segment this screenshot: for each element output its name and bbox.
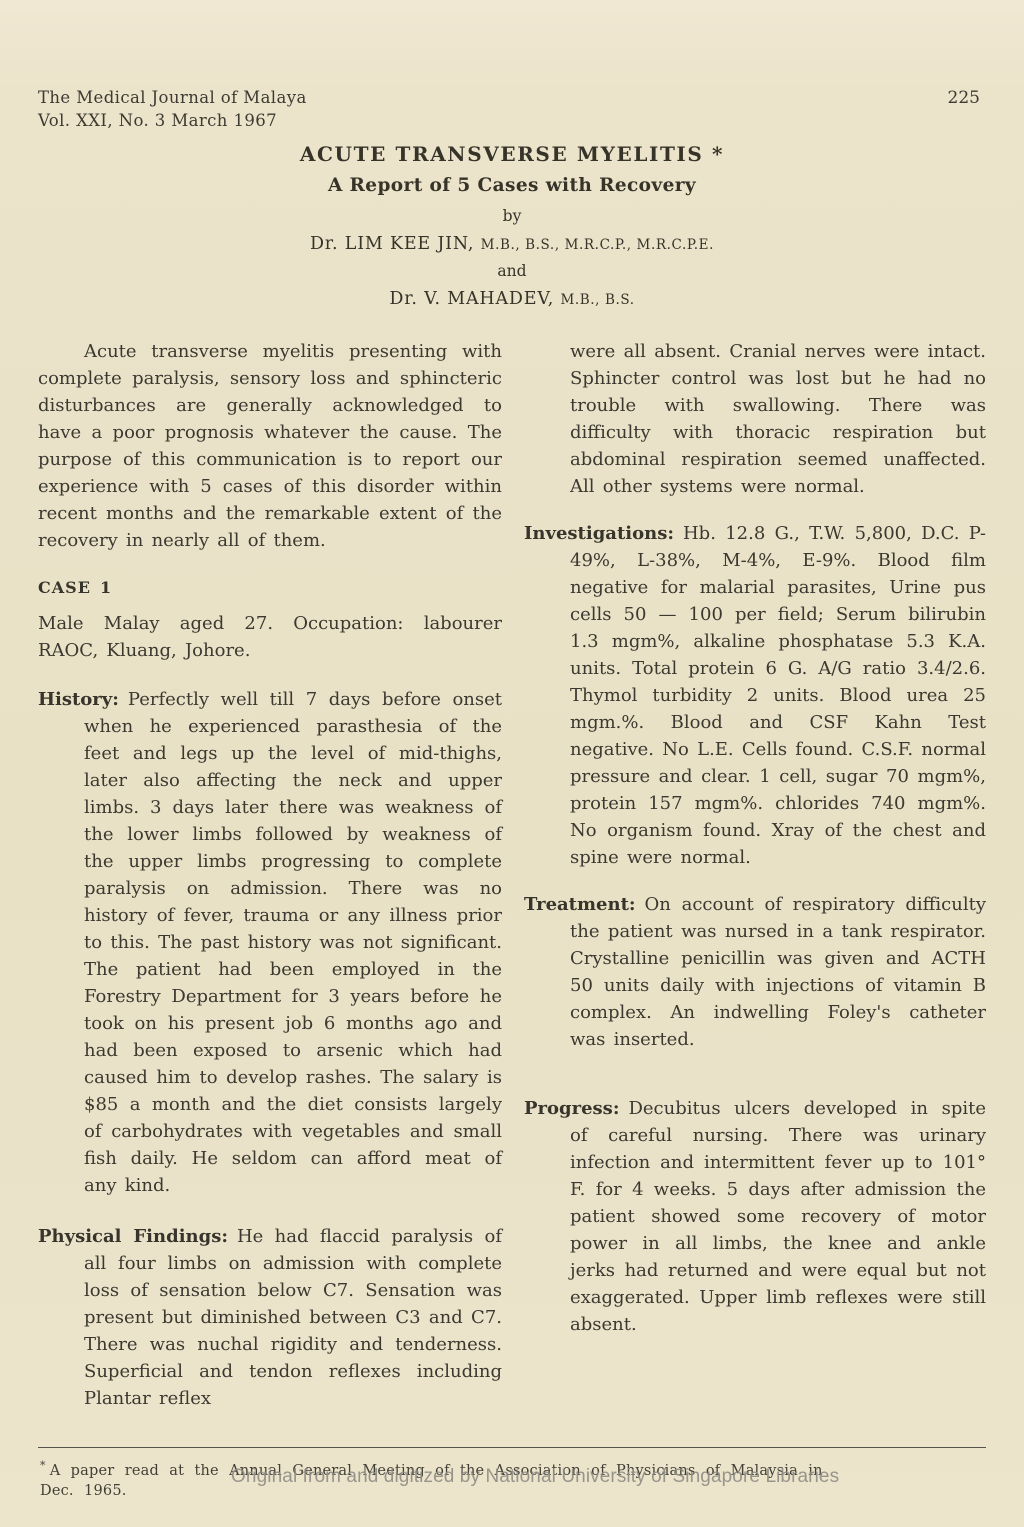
- journal-name: The Medical Journal of Malaya: [38, 86, 307, 109]
- treatment-label: Treatment:: [524, 894, 636, 915]
- author-2: Dr. V. MAHADEV, M.B., B.S.: [0, 289, 1024, 309]
- author-1-name: Dr. LIM KEE JIN,: [310, 234, 474, 254]
- author-1-credentials: M.B., B.S., M.R.C.P., M.R.C.P.E.: [481, 237, 714, 253]
- author-conjunction: and: [0, 262, 1024, 280]
- byline: by: [0, 207, 1024, 225]
- investigations-label: Investigations:: [524, 523, 674, 544]
- physical-findings-text: He had flaccid paralysis of all four lim…: [84, 1226, 502, 1409]
- footnote-divider-rule: [38, 1447, 986, 1448]
- intro-paragraph: Acute transverse myelitis presenting wit…: [38, 338, 502, 554]
- progress-label: Progress:: [524, 1098, 619, 1119]
- investigations-text: Hb. 12.8 G., T.W. 5,800, D.C. P-49%, L-3…: [570, 523, 986, 868]
- case-1-heading: CASE 1: [38, 574, 502, 601]
- article-title: ACUTE TRANSVERSE MYELITIS *: [0, 142, 1024, 166]
- case-1-subject: Male Malay aged 27. Occupation: labourer…: [38, 610, 502, 664]
- progress-paragraph: Progress:Decubitus ulcers developed in s…: [524, 1095, 986, 1338]
- journal-volume: Vol. XXI, No. 3 March 1967: [38, 109, 307, 132]
- investigations-paragraph: Investigations:Hb. 12.8 G., T.W. 5,800, …: [524, 520, 986, 871]
- journal-header: The Medical Journal of Malaya Vol. XXI, …: [38, 86, 307, 132]
- history-label: History:: [38, 689, 119, 710]
- author-2-credentials: M.B., B.S.: [560, 292, 634, 308]
- library-watermark: Original from and digitized by National …: [231, 1466, 839, 1488]
- title-block: ACUTE TRANSVERSE MYELITIS * A Report of …: [0, 142, 1024, 309]
- treatment-text: On account of respiratory difficulty the…: [570, 894, 986, 1050]
- author-1: Dr. LIM KEE JIN, M.B., B.S., M.R.C.P., M…: [0, 234, 1024, 254]
- right-column: were all absent. Cranial nerves were int…: [524, 338, 986, 1358]
- physical-findings-paragraph: Physical Findings:He had flaccid paralys…: [38, 1223, 502, 1412]
- physical-findings-label: Physical Findings:: [38, 1226, 228, 1247]
- physical-findings-continuation: were all absent. Cranial nerves were int…: [524, 338, 986, 500]
- progress-text: Decubitus ulcers developed in spite of c…: [570, 1098, 986, 1335]
- article-subtitle: A Report of 5 Cases with Recovery: [0, 175, 1024, 196]
- history-paragraph: History:Perfectly well till 7 days befor…: [38, 686, 502, 1199]
- history-text: Perfectly well till 7 days before onset …: [84, 689, 502, 1196]
- footnote-marker: *: [40, 1459, 46, 1472]
- page-number: 225: [948, 88, 980, 108]
- treatment-paragraph: Treatment:On account of respiratory diff…: [524, 891, 986, 1053]
- journal-page-scan: The Medical Journal of Malaya Vol. XXI, …: [0, 0, 1024, 1527]
- left-column: Acute transverse myelitis presenting wit…: [38, 338, 502, 1432]
- author-2-name: Dr. V. MAHADEV,: [389, 289, 554, 309]
